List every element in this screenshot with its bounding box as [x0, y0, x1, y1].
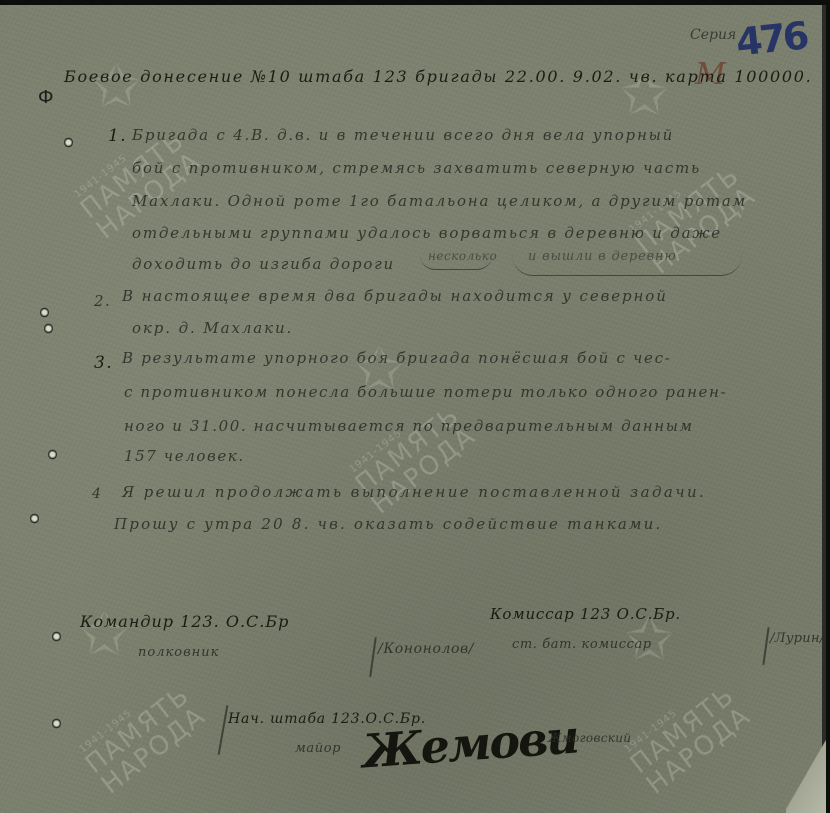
paragraph-line: Прошу с утра 20 8. чв. оказать содействи… [114, 515, 663, 533]
scanned-document-page: ✩ 1941-1945 ПАМЯТЬ НАРОДА ✩ 1941-1945 ПА… [0, 5, 826, 813]
paragraph-line: Я решил продолжать выполнение поставленн… [122, 483, 706, 501]
paragraph-line: доходить до изгиба дороги [132, 255, 395, 273]
chief-of-staff-name: Жмоговский [548, 731, 631, 745]
paragraph-line: Махлаки. Одной роте 1го батальона целико… [132, 192, 747, 210]
paragraph-line: В настоящее время два бригады находится … [122, 287, 668, 305]
binding-hole [52, 631, 61, 642]
paragraph-line: бой с противником, стремясь захватить се… [132, 159, 701, 177]
watermark-line2: НАРОДА [367, 422, 480, 519]
binding-hole [64, 137, 73, 148]
paragraph-number: 1. [108, 126, 127, 146]
binding-hole [44, 323, 53, 334]
commissar-name: /Лурин/ [770, 631, 825, 646]
page-edge-shadow [822, 5, 826, 813]
paragraph-number: 2. [94, 292, 111, 310]
binding-hole [52, 718, 61, 729]
paragraph-number: 3. [94, 353, 113, 373]
paragraph-line: окр. д. Махлаки. [132, 319, 293, 337]
report-header: Боевое донесение №10 штаба 123 бригады 2… [64, 67, 812, 86]
paragraph-line: ного и 31.00. насчитывается по предварит… [124, 417, 694, 435]
binding-hole [30, 513, 39, 524]
binding-hole [40, 307, 49, 318]
watermark-line2: НАРОДА [642, 702, 755, 799]
commander-rank: полковник [138, 645, 219, 660]
binding-hole [48, 449, 57, 460]
paragraph-line: с противником понесла большие потери тол… [124, 383, 727, 401]
paragraph-line: В результате упорного боя бригада понёсш… [122, 349, 672, 367]
watermark-years: 1941-1945 [623, 674, 723, 756]
paragraph-line: Бригада с 4.В. д.в. и в течении всего дн… [132, 126, 674, 144]
watermark-line2: НАРОДА [97, 702, 210, 799]
watermark-line1: ПАМЯТЬ [81, 682, 194, 779]
archive-number: 476 [734, 13, 809, 64]
paragraph-line: отдельными группами удалось ворваться в … [132, 224, 722, 242]
signature-stroke [762, 627, 769, 665]
paragraph-line: 157 человек. [124, 447, 245, 465]
chief-of-staff-rank: майор [295, 741, 341, 756]
watermark-star-icon: ✩ [92, 57, 141, 115]
signature-stroke [218, 705, 228, 755]
insert-bracket [420, 255, 492, 270]
archive-ref-label: Серия [690, 27, 736, 43]
watermark-years: 1941-1945 [78, 674, 178, 756]
page-corner-fold [786, 718, 826, 813]
watermark: 1941-1945 ПАМЯТЬ НАРОДА [620, 674, 756, 799]
commander-name: /Кононолов/ [378, 641, 474, 657]
watermark-line1: ПАМЯТЬ [626, 682, 739, 779]
margin-mark: Ф [38, 87, 54, 108]
watermark: 1941-1945 ПАМЯТЬ НАРОДА [75, 674, 211, 799]
commissar-title: Комиссар 123 О.С.Бр. [490, 605, 681, 623]
commissar-rank: ст. бат. комиссар [512, 637, 652, 652]
insert-bracket [512, 255, 742, 276]
commander-title: Командир 123. О.С.Бр [80, 612, 289, 631]
signature-stroke [369, 637, 376, 677]
paragraph-number: 4 [92, 486, 102, 502]
